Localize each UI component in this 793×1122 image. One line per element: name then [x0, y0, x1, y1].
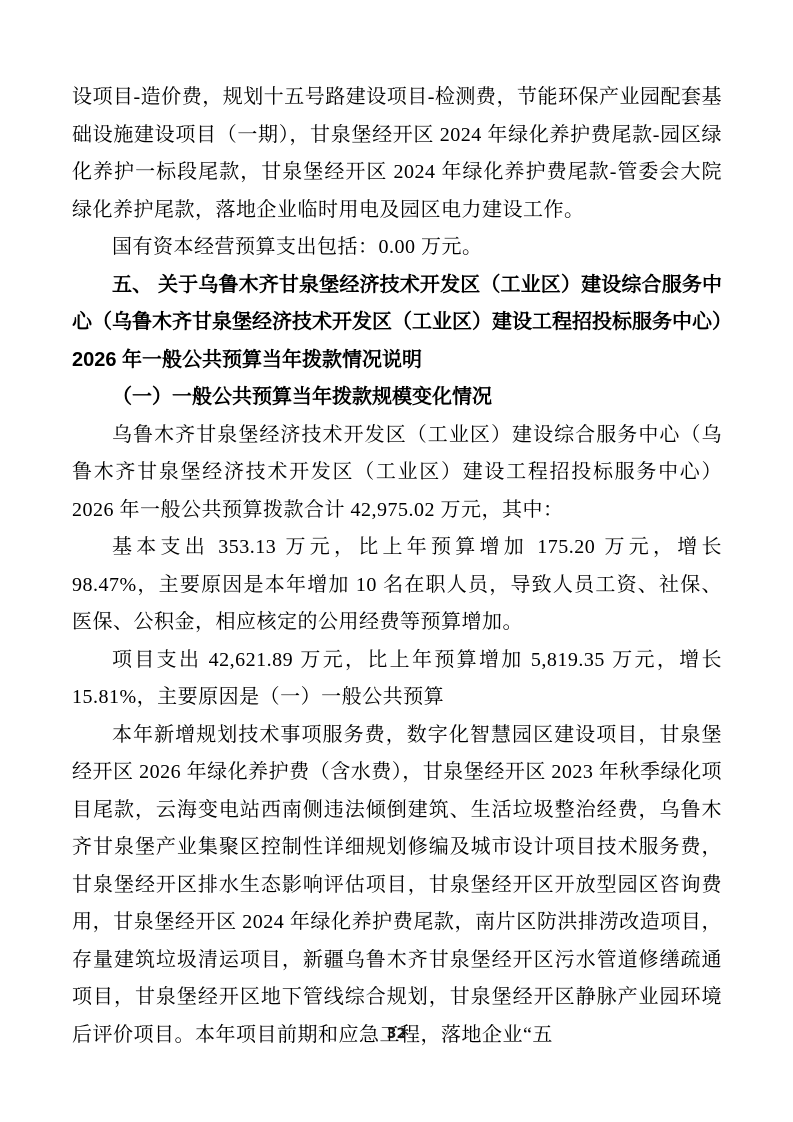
paragraph: 国有资本经营预算支出包括：0.00 万元。 — [72, 229, 722, 267]
paragraph: 基本支出 353.13 万元，比上年预算增加 175.20 万元，增长 98.4… — [72, 529, 722, 642]
document-body: 设项目-造价费，规划十五号路建设项目-检测费，节能环保产业园配套基础设施建设项目… — [72, 79, 722, 1054]
paragraph: （一）一般公共预算当年拨款规模变化情况 — [72, 379, 722, 417]
paragraph: 本年新增规划技术事项服务费，数字化智慧园区建设项目，甘泉堡经开区 2026 年绿… — [72, 717, 722, 1055]
paragraph: 项目支出 42,621.89 万元，比上年预算增加 5,819.35 万元，增长… — [72, 642, 722, 717]
page-footer: 32 — [0, 1025, 793, 1043]
document-page: 设项目-造价费，规划十五号路建设项目-检测费，节能环保产业园配套基础设施建设项目… — [0, 0, 793, 1122]
paragraph: 乌鲁木齐甘泉堡经济技术开发区（工业区）建设综合服务中心（乌鲁木齐甘泉堡经济技术开… — [72, 417, 722, 530]
page-number: 32 — [387, 1026, 406, 1042]
paragraph: 五、 关于乌鲁木齐甘泉堡经济技术开发区（工业区）建设综合服务中心（乌鲁木齐甘泉堡… — [72, 267, 722, 380]
paragraph: 设项目-造价费，规划十五号路建设项目-检测费，节能环保产业园配套基础设施建设项目… — [72, 79, 722, 229]
